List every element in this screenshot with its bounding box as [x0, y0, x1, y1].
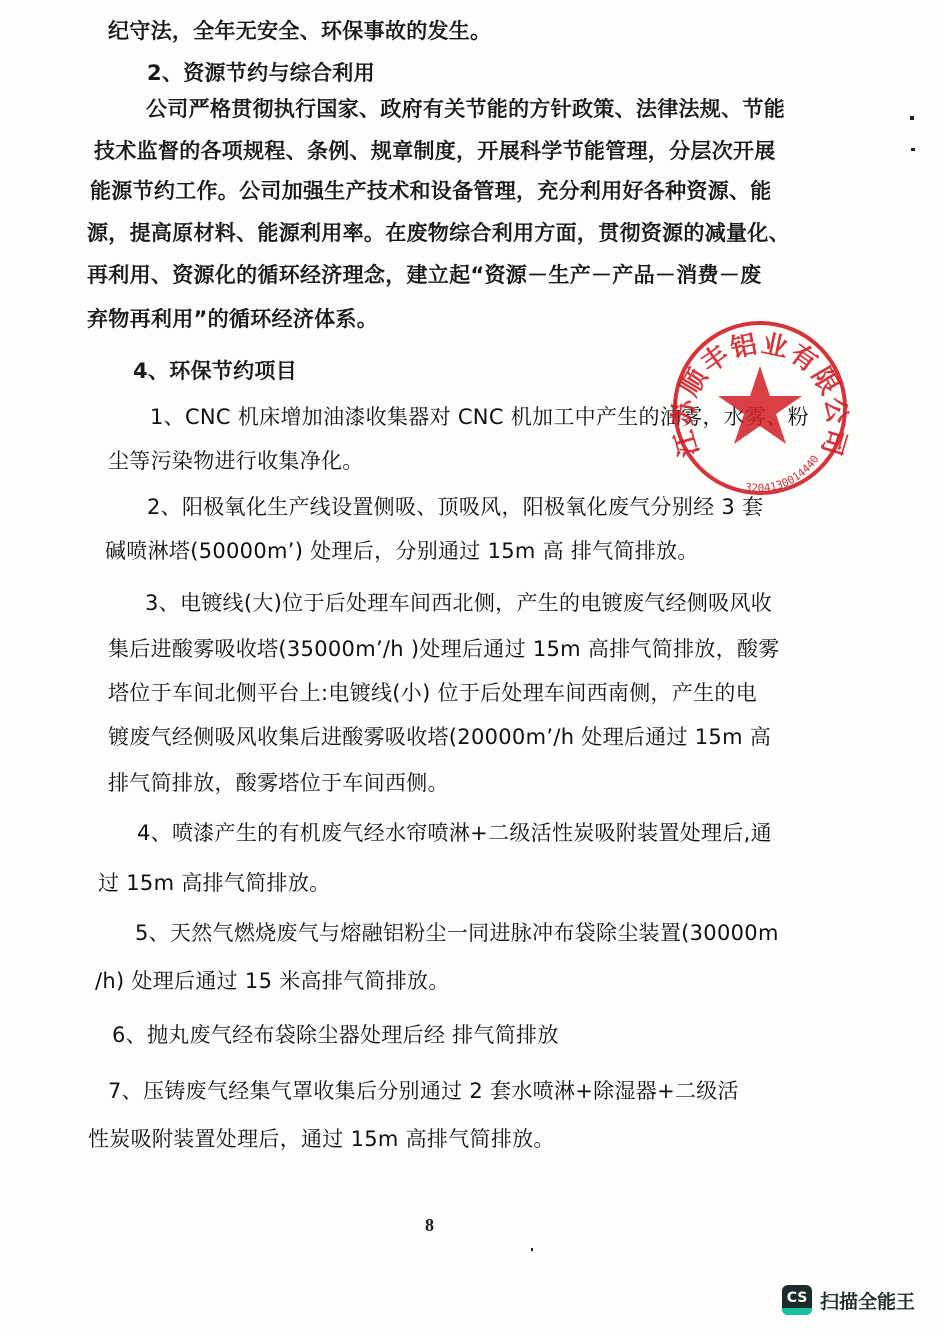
company-seal-stamp: 江苏顺丰铝业有限公司 3204130014440	[670, 318, 850, 498]
paragraph-line: 集后进酸雾吸收塔(35000m’/h )处理后通过 15m 高排气简排放，酸雾	[108, 634, 780, 664]
paragraph-line: 碱喷淋塔(50000m’) 处理后，分别通过 15m 高 排气简排放。	[105, 536, 699, 566]
paragraph-line: 纪守法，全年无安全、环保事故的发生。	[108, 16, 491, 46]
paragraph-line: 4、喷漆产生的有机废气经水帘喷淋+二级活性炭吸附装置处理后,通	[137, 818, 772, 848]
paragraph-line: 镀废气经侧吸风收集后进酸雾吸收塔(20000m’/h 处理后通过 15m 高	[108, 722, 771, 752]
svg-text:3204130014440: 3204130014440	[744, 453, 822, 495]
section-heading: 4、环保节约项目	[133, 356, 297, 386]
paragraph-line: 6、抛丸废气经布袋除尘器处理后经 排气简排放	[112, 1020, 559, 1050]
paragraph-line: 源，提高原材料、能源利用率。在废物综合利用方面，贯彻资源的减量化、	[87, 218, 790, 248]
paragraph-line: 再利用、资源化的循环经济理念，建立起“资源－生产－产品－消费－废	[87, 260, 761, 290]
paragraph-line: 技术监督的各项规程、条例、规章制度，开展科学节能管理，分层次开展	[94, 136, 776, 166]
scan-mark	[910, 116, 914, 120]
paragraph-line: 性炭吸附装置处理后，通过 15m 高排气简排放。	[88, 1124, 555, 1154]
paragraph-line: 排气简排放，酸雾塔位于车间西侧。	[108, 768, 449, 798]
paragraph-line: 弃物再利用”的循环经济体系。	[87, 304, 378, 334]
paragraph-line: 塔位于车间北侧平台上:电镀线(小) 位于后处理车间西南侧，产生的电	[108, 678, 757, 708]
paragraph-line: 公司严格贯彻执行国家、政府有关节能的方针政策、法律法规、节能	[146, 94, 785, 124]
section-heading: 2、资源节约与综合利用	[147, 58, 375, 88]
paragraph-line: 7、压铸废气经集气罩收集后分别通过 2 套水喷淋+除湿器+二级活	[108, 1076, 739, 1106]
camscanner-watermark: CS 扫描全能王	[782, 1285, 915, 1315]
document-page: 纪守法，全年无安全、环保事故的发生。2、资源节约与综合利用公司严格贯彻执行国家、…	[0, 0, 944, 1337]
paragraph-line: 能源节约工作。公司加强生产技术和设备管理，充分利用好各种资源、能	[90, 176, 772, 206]
paragraph-line: 3、电镀线(大)位于后处理车间西北侧，产生的电镀废气经侧吸风收	[145, 588, 772, 618]
seal-registration-number: 3204130014440	[744, 453, 822, 495]
paragraph-line: 5、天然气燃烧废气与熔融铝粉尘一同进脉冲布袋除尘装置(30000m	[135, 918, 779, 948]
watermark-app-name: 扫描全能王	[820, 1287, 915, 1314]
scan-mark	[911, 148, 915, 151]
scan-mark	[531, 1248, 533, 1251]
paragraph-line: 尘等污染物进行收集净化。	[108, 446, 364, 476]
page-number: 8	[425, 1215, 434, 1236]
star-icon	[718, 366, 802, 444]
paragraph-line: /h) 处理后通过 15 米高排气简排放。	[95, 966, 450, 996]
paragraph-line: 过 15m 高排气简排放。	[98, 868, 330, 898]
camscanner-logo-icon: CS	[782, 1285, 812, 1315]
